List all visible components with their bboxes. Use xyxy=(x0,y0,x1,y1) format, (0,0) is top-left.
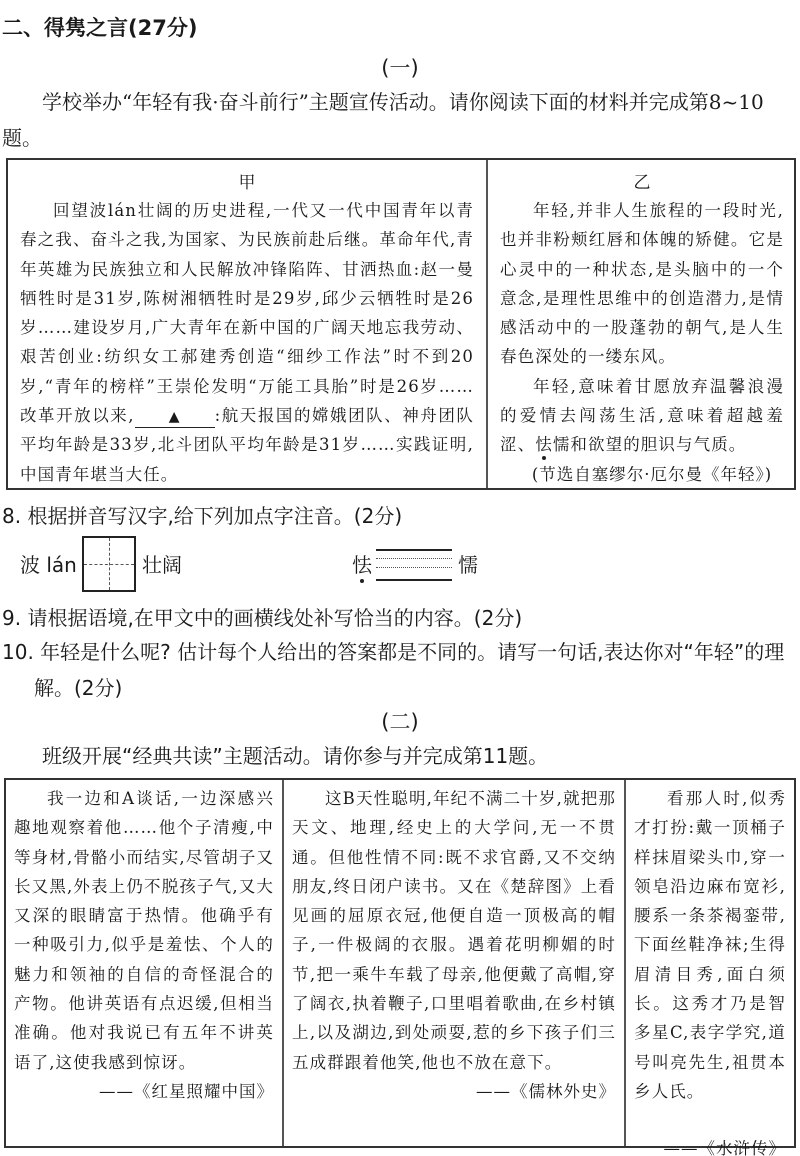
passage-jia-heading: 甲 xyxy=(20,170,474,196)
passage-yi-heading: 乙 xyxy=(500,170,784,196)
q8-dotted-char: 怯 xyxy=(352,553,372,577)
excerpt-water-margin: 看那人时,似秀才打扮:戴一顶桶子样抹眉梁头巾,穿一领皂沿边麻布宽衫,腰系一条茶褐… xyxy=(624,780,794,1146)
q8-item1-prefix: 波 lán xyxy=(20,550,77,580)
excerpt-water-margin-text: 看那人时,似秀才打扮:戴一顶桶子样抹眉梁头巾,穿一领皂沿边麻布宽衫,腰系一条茶褐… xyxy=(634,784,786,1106)
excerpt-red-star-text: 我一边和A谈话,一边深感兴趣地观察着他……他个子清瘦,中等身材,骨骼小而结实,尽… xyxy=(14,784,274,1077)
q8-item2-suffix: 懦 xyxy=(458,550,478,580)
passage-yi-paragraph-2: 年轻,意味着甘愿放弃温馨浪漫的爱情去闯荡生活,意味着超越羞涩、怯懦和欲望的胆识与… xyxy=(500,372,784,460)
passage-yi-p2-after: 懦和欲望的胆识与气质。 xyxy=(553,435,747,454)
fill-blank-marker: ▲ xyxy=(135,407,215,428)
passage-jia: 甲 回望波lán壮阔的历史进程,一代又一代中国青年以青春之我、奋斗之我,为国家、… xyxy=(8,160,486,488)
passage-yi-source: (节选自塞缪尔·厄尔曼《年轻》) xyxy=(500,460,784,489)
dotted-character: 怯 xyxy=(535,435,553,454)
question-8: 8. 根据拼音写汉字,给下列加点字注音。(2分) xyxy=(2,498,792,534)
part-two-title: (二) xyxy=(0,706,800,736)
passage-jia-text: 回望波lán壮阔的历史进程,一代又一代中国青年以青春之我、奋斗之我,为国家、为民… xyxy=(20,196,474,489)
excerpt-red-star-source: ——《红星照耀中国》 xyxy=(14,1077,274,1106)
part-two-intro: 班级开展“经典共读”主题活动。请你参与并完成第11题。 xyxy=(2,738,798,774)
excerpt-scholars-text: 这B天性聪明,年纪不满二十岁,就把那天文、地理,经史上的大学问,无一不贯通。但他… xyxy=(292,784,616,1077)
passage-yi-paragraph-1: 年轻,并非人生旅程的一段时光,也并非粉颊红唇和体魄的矫健。它是心灵中的一种状态,… xyxy=(500,196,784,372)
q8-item2-char: 怯 xyxy=(352,550,372,580)
excerpt-scholars-source: ——《儒林外史》 xyxy=(292,1077,616,1106)
passage-yi: 乙 年轻,并非人生旅程的一段时光,也并非粉颊红唇和体魄的矫健。它是心灵中的一种状… xyxy=(486,160,794,488)
part-one-intro: 学校举办“年轻有我·奋斗前行”主题宣传活动。请你阅读下面的材料并完成第8~10题… xyxy=(2,84,798,156)
excerpt-scholars: 这B天性聪明,年纪不满二十岁,就把那天文、地理,经史上的大学问,无一不贯通。但他… xyxy=(282,780,624,1146)
reading-table-one: 甲 回望波lán壮阔的历史进程,一代又一代中国青年以青春之我、奋斗之我,为国家、… xyxy=(6,158,796,490)
q8-tian-grid-box[interactable] xyxy=(82,536,136,592)
excerpt-red-star: 我一边和A谈话,一边深感兴趣地观察着他……他个子清瘦,中等身材,骨骼小而结实,尽… xyxy=(6,780,282,1146)
excerpt-water-margin-source: ——《水浒传》 xyxy=(634,1134,786,1156)
question-9: 9. 请根据语境,在甲文中的画横线处补写恰当的内容。(2分) xyxy=(2,600,792,636)
question-10: 10. 年轻是什么呢? 估计每个人给出的答案都是不同的。请写一句话,表达你对“年… xyxy=(2,634,800,706)
q8-item1-suffix: 壮阔 xyxy=(142,550,182,580)
passage-jia-text-before: 回望波lán壮阔的历史进程,一代又一代中国青年以青春之我、奋斗之我,为国家、为民… xyxy=(20,201,474,425)
section-title: 二、得隽之言(27分) xyxy=(2,12,197,42)
reading-table-two: 我一边和A谈话,一边深感兴趣地观察着他……他个子清瘦,中等身材,骨骼小而结实,尽… xyxy=(4,778,796,1148)
part-one-title: (一) xyxy=(0,52,800,82)
q8-pinyin-writing-lines[interactable] xyxy=(376,549,452,581)
